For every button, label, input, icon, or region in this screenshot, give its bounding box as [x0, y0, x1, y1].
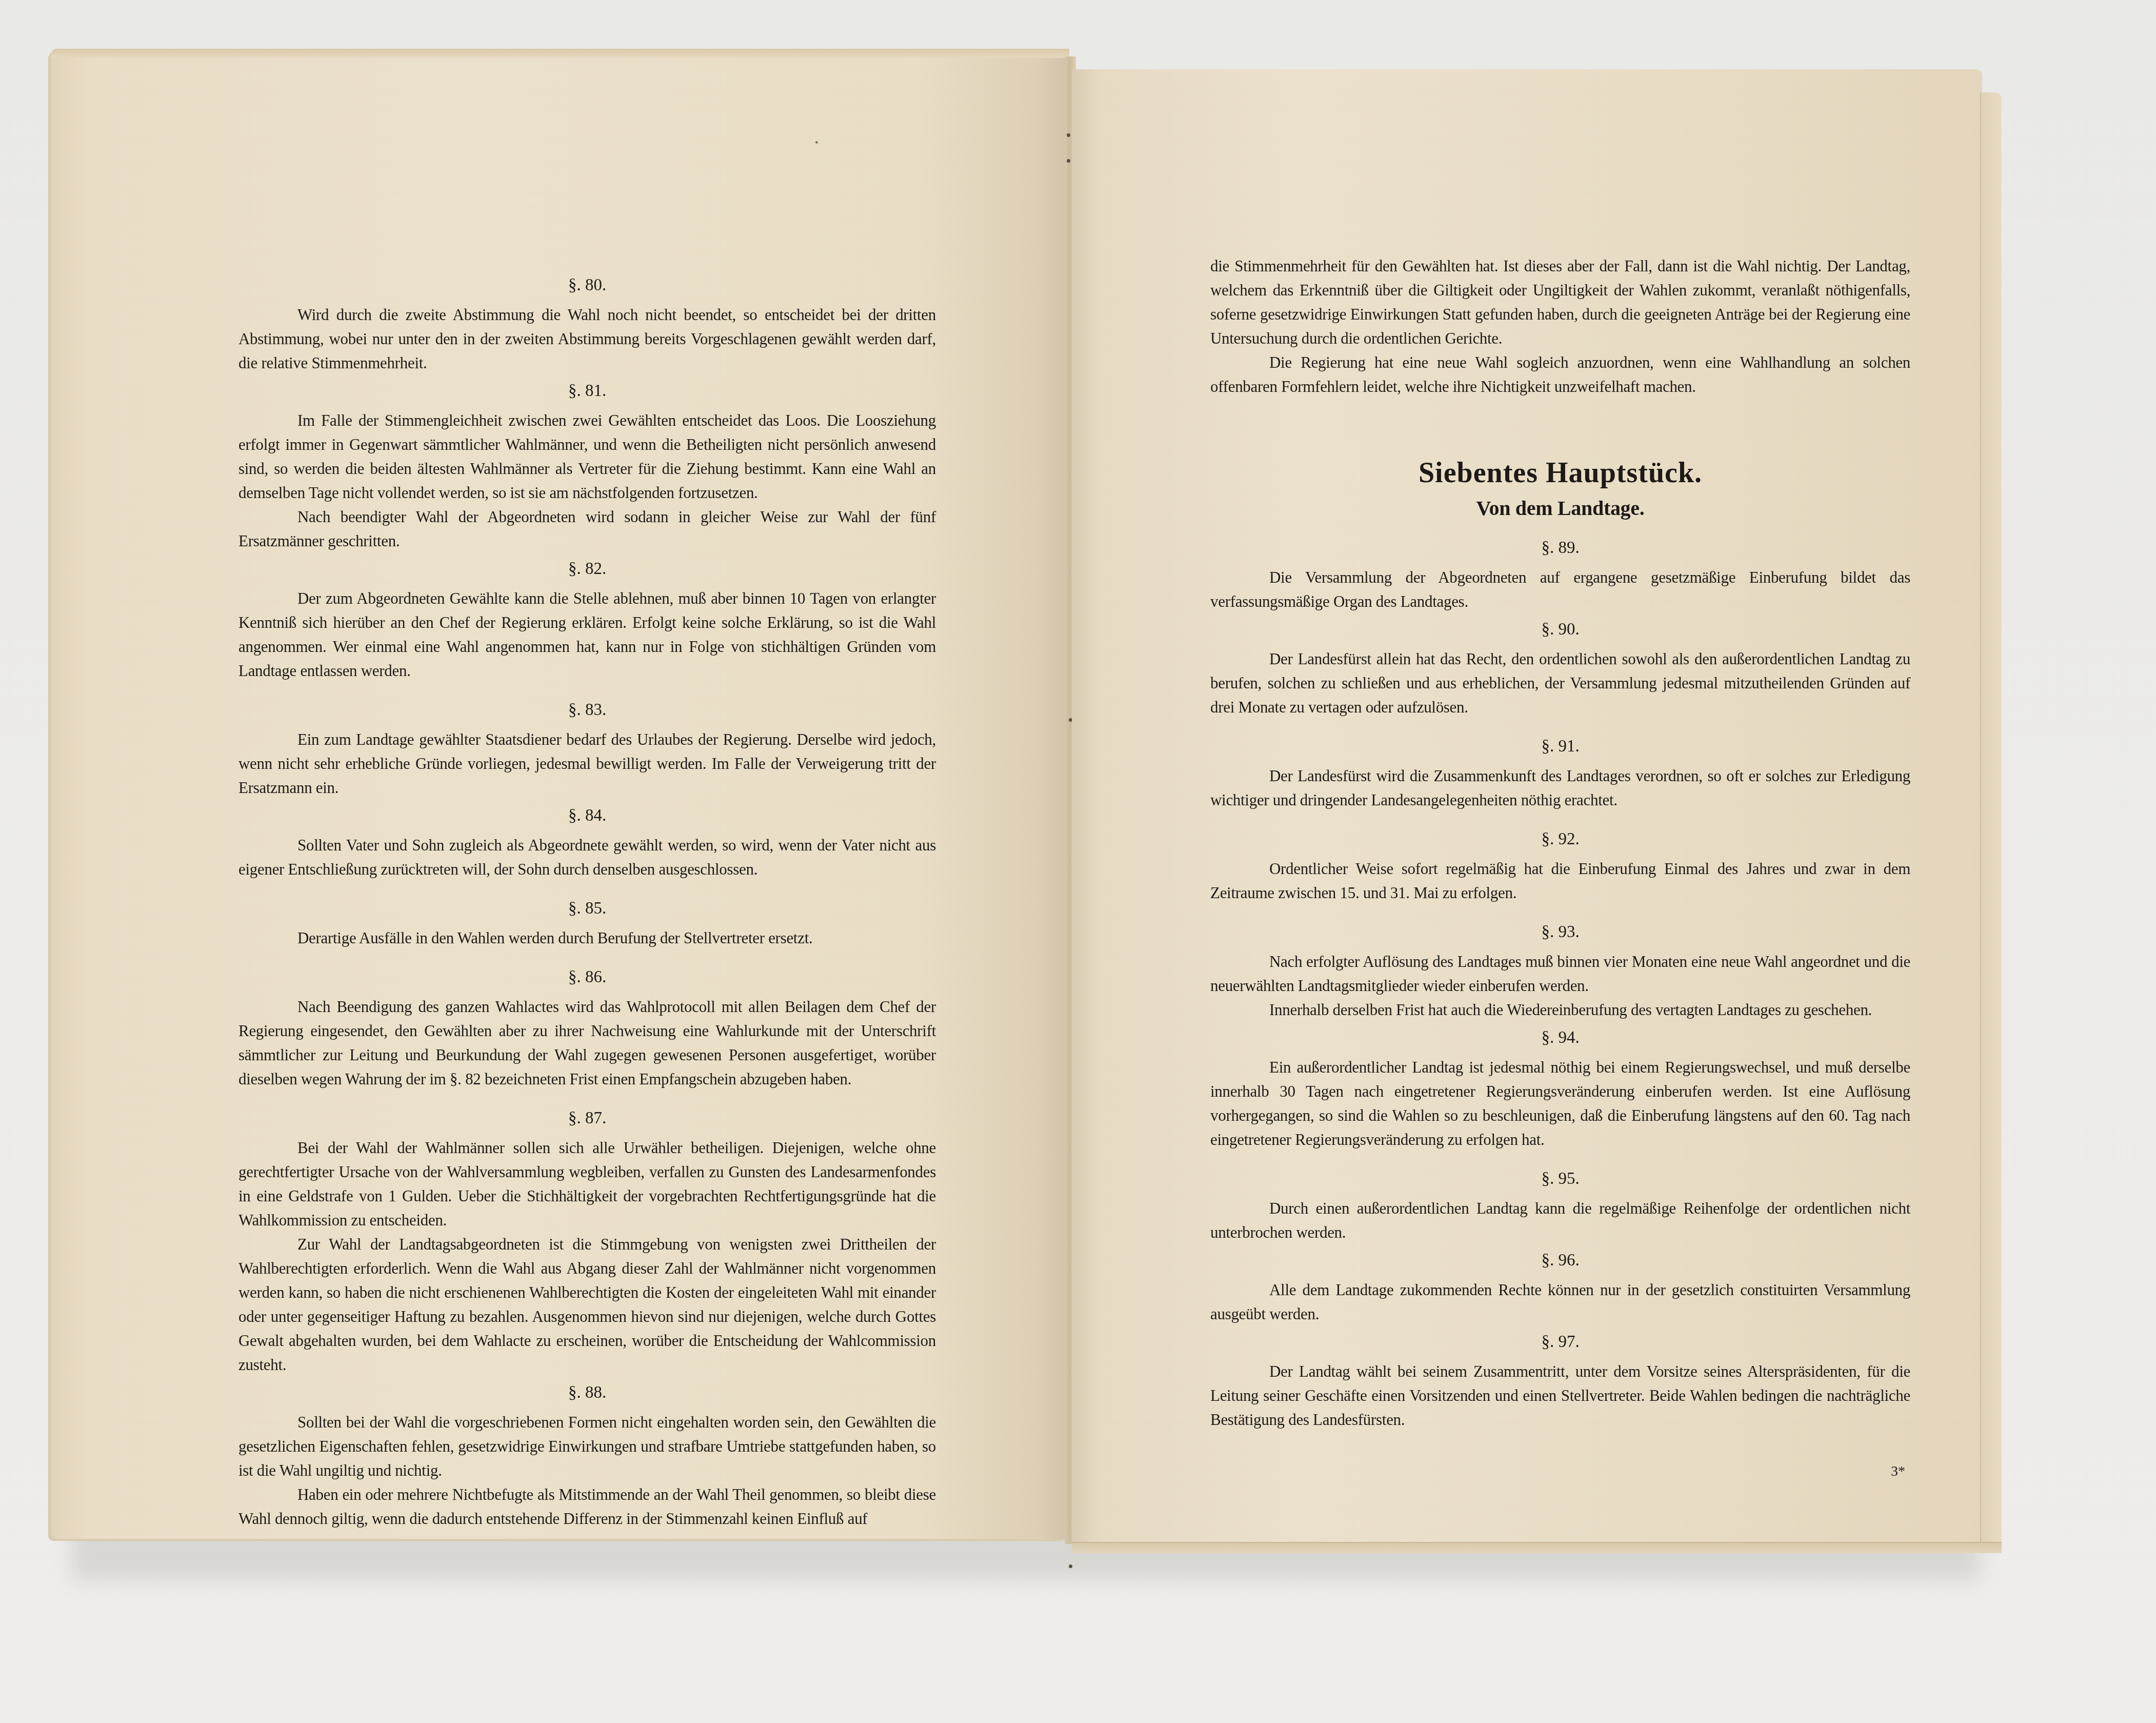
section-heading: §. 86. [238, 965, 936, 989]
paragraph: Der zum Abgeordneten Gewählte kann die S… [238, 586, 936, 683]
paragraph: Der Landtag wählt bei seinem Zusammentri… [1210, 1359, 1910, 1432]
page-sheet-edge [1980, 92, 2002, 1549]
section-heading: §. 81. [238, 379, 936, 403]
right-page: die Stimmenmehrheit für den Gewählten ha… [1072, 69, 1982, 1544]
paragraph: Ordentlicher Weise sofort regelmäßig hat… [1210, 857, 1910, 905]
paragraph: Im Falle der Stimmengleichheit zwischen … [238, 408, 936, 505]
binding-stitch-hole [1069, 1564, 1072, 1568]
paragraph: Bei der Wahl der Wahlmänner sollen sich … [238, 1136, 936, 1232]
section-heading: §. 93. [1210, 920, 1910, 944]
paragraph: Durch einen außerordentlichen Landtag ka… [1210, 1196, 1910, 1244]
page-bottom-edge [1072, 1542, 2002, 1553]
binding-stitch-hole [1067, 159, 1070, 163]
paragraph: Nach erfolgter Auflösung des Landtages m… [1210, 949, 1910, 998]
paragraph: Derartige Ausfälle in den Wahlen werden … [238, 926, 936, 950]
paragraph: Zur Wahl der Landtagsabgeordneten ist di… [238, 1232, 936, 1377]
paragraph: Wird durch die zweite Abstimmung die Wah… [238, 303, 936, 375]
chapter-title: Siebentes Hauptstück. [1210, 455, 1910, 491]
paragraph: Sollten bei der Wahl die vorgeschriebene… [238, 1410, 936, 1482]
section-heading: §. 90. [1210, 618, 1910, 642]
paragraph: Haben ein oder mehrere Nichtbefugte als … [238, 1482, 936, 1531]
paragraph-continuation: die Stimmenmehrheit für den Gewählten ha… [1210, 254, 1910, 350]
left-page-text: §. 80. Wird durch die zweite Abstimmung … [238, 269, 936, 1531]
paragraph: Alle dem Landtage zukommenden Rechte kön… [1210, 1278, 1910, 1326]
paragraph: Innerhalb derselben Frist hat auch die W… [1210, 998, 1910, 1022]
paragraph: Die Regierung hat eine neue Wahl sogleic… [1210, 350, 1910, 399]
section-heading: §. 91. [1210, 735, 1910, 759]
section-heading: §. 96. [1210, 1249, 1910, 1273]
binding-stitch-hole [1067, 133, 1070, 137]
section-heading: §. 92. [1210, 827, 1910, 851]
section-heading: §. 80. [238, 273, 936, 298]
section-heading: §. 82. [238, 557, 936, 581]
left-page: §. 80. Wird durch die zweite Abstimmung … [51, 49, 1069, 1539]
section-heading: §. 85. [238, 897, 936, 921]
chapter-subtitle: Von dem Landtage. [1210, 494, 1910, 523]
paragraph: Der Landesfürst wird die Zusammenkunft d… [1210, 764, 1910, 812]
section-heading: §. 97. [1210, 1330, 1910, 1354]
section-heading: §. 83. [238, 698, 936, 722]
section-heading: §. 87. [238, 1106, 936, 1131]
page-number: 3* [1891, 1463, 1905, 1480]
paragraph: Ein zum Landtage gewählter Staatsdiener … [238, 727, 936, 800]
section-heading: §. 88. [238, 1381, 936, 1405]
paragraph: Sollten Vater und Sohn zugleich als Abge… [238, 833, 936, 881]
paragraph: Nach beendigter Wahl der Abgeordneten wi… [238, 505, 936, 553]
section-heading: §. 89. [1210, 536, 1910, 560]
paragraph: Nach Beendigung des ganzen Wahlactes wir… [238, 995, 936, 1091]
right-page-text: die Stimmenmehrheit für den Gewählten ha… [1210, 254, 1910, 1432]
paragraph: Die Versammlung der Abgeordneten auf erg… [1210, 565, 1910, 613]
section-heading: §. 94. [1210, 1026, 1910, 1050]
paragraph: Der Landesfürst allein hat das Recht, de… [1210, 647, 1910, 719]
section-heading: §. 95. [1210, 1167, 1910, 1191]
paper-speck [815, 141, 818, 144]
section-heading: §. 84. [238, 804, 936, 828]
page-top-fold [51, 49, 1069, 58]
paragraph: Ein außerordentlicher Landtag ist jedesm… [1210, 1055, 1910, 1152]
